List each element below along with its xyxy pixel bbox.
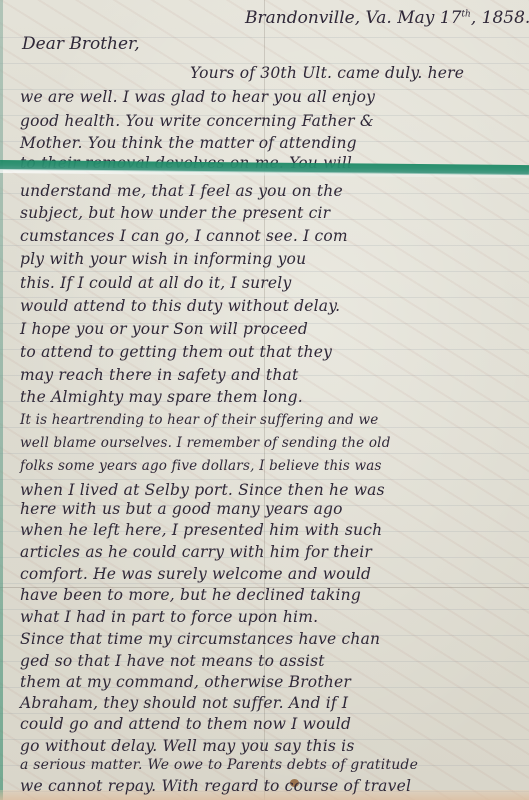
letter-line: ged so that I have not means to assist	[20, 652, 325, 670]
letter-text: Brandonville, Va. May 17th, 1858. Dear B…	[0, 0, 529, 800]
letter-line: them at my command, otherwise Brother	[20, 673, 351, 691]
letter-line: understand me, that I feel as you on the	[20, 182, 343, 200]
letter-line: Abraham, they should not suffer. And if …	[20, 694, 348, 712]
place: Brandonville, Va.	[245, 8, 392, 28]
letter-line: could go and attend to them now I would	[20, 715, 351, 733]
letter-line: would attend to this duty without delay.	[20, 297, 340, 315]
letter-line: the Almighty may spare them long.	[20, 388, 303, 406]
letter-line: folks some years ago five dollars, I bel…	[20, 458, 382, 474]
letter-line: to attend to getting them out that they	[20, 343, 332, 361]
letter-line: what I had in part to force upon him.	[20, 608, 318, 626]
letter-line: subject, but how under the present cir	[20, 204, 330, 222]
month-day: May 17	[397, 8, 461, 28]
letter-line: we cannot repay. With regard to course o…	[20, 777, 411, 795]
letter-line: well blame ourselves. I remember of send…	[20, 435, 391, 451]
letter-line: go without delay. Well may you say this …	[20, 737, 354, 755]
date-ordinal: th	[461, 9, 470, 19]
letter-line: have been to more, but he declined takin…	[20, 586, 361, 604]
letter-line: comfort. He was surely welcome and would	[20, 565, 371, 583]
letter-line: good health. You write concerning Father…	[20, 112, 374, 130]
letter-line: Mother. You think the matter of attendin…	[20, 134, 357, 152]
letter-line: when he left here, I presented him with …	[20, 521, 382, 539]
letter-page: Brandonville, Va. May 17th, 1858. Dear B…	[0, 0, 529, 800]
letter-line: here with us but a good many years ago	[20, 500, 343, 518]
letter-line: ply with your wish in informing you	[20, 250, 306, 268]
year: , 1858.	[471, 8, 529, 28]
letter-line: cumstances I can go, I cannot see. I com	[20, 227, 348, 245]
place-date: Brandonville, Va. May 17th, 1858.	[245, 8, 529, 28]
letter-line: Since that time my circumstances have ch…	[20, 630, 380, 648]
salutation: Dear Brother,	[22, 34, 140, 54]
letter-line: Yours of 30th Ult. came duly. here	[190, 64, 464, 82]
letter-line: I hope you or your Son will proceed	[20, 320, 308, 338]
letter-line: when I lived at Selby port. Since then h…	[20, 481, 385, 499]
letter-line: we are well. I was glad to hear you all …	[20, 88, 375, 106]
letter-line: a serious matter. We owe to Parents debt…	[20, 757, 418, 773]
letter-line: articles as he could carry with him for …	[20, 543, 372, 561]
letter-line: may reach there in safety and that	[20, 366, 298, 384]
letter-line: this. If I could at all do it, I surely	[20, 274, 291, 292]
letter-line: It is heartrending to hear of their suff…	[20, 412, 378, 428]
